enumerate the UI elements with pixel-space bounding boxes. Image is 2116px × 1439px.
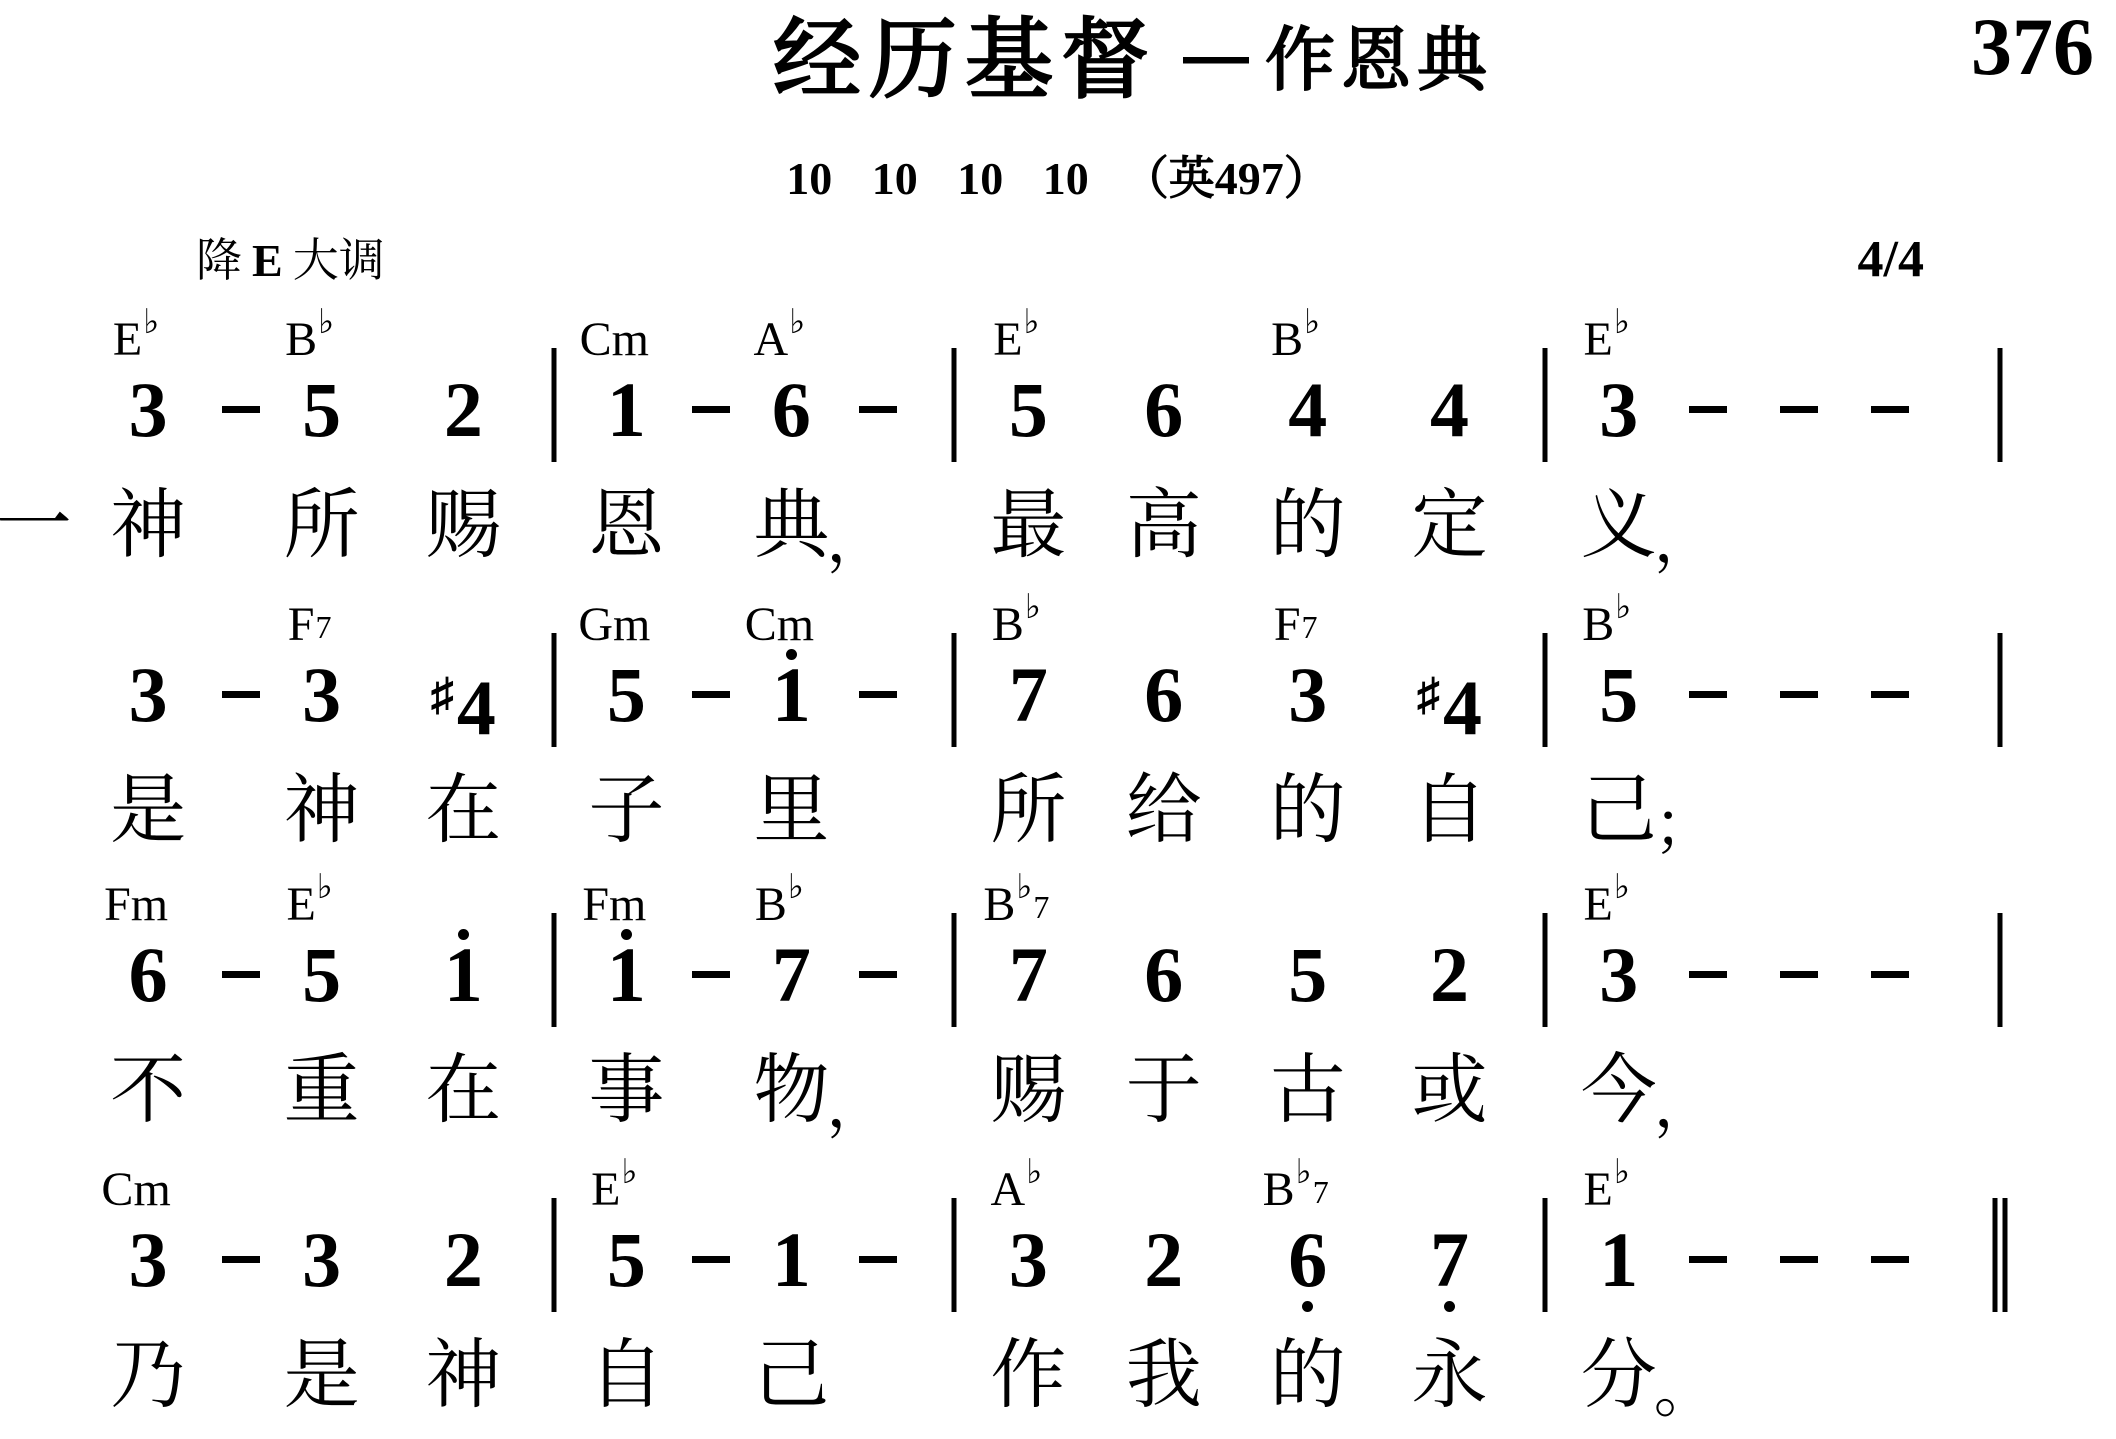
chord-root: E [993, 313, 1022, 366]
chord-root: Cm [580, 313, 649, 366]
chord-symbol: A♭ [991, 1156, 1043, 1214]
lyric-syllable: 自 [1411, 761, 1487, 861]
lyric-syllable: 的 [1270, 476, 1346, 576]
note-digit: ♯4 [1417, 649, 1482, 741]
chord-symbol: E♭ [591, 1156, 637, 1214]
title-row: 经历基督—作恩典 [0, 12, 2116, 109]
duration-dash [859, 971, 897, 978]
chord-root: A [991, 1163, 1026, 1216]
duration-dash [222, 1256, 260, 1263]
lyric-syllable: 里 [753, 761, 829, 861]
chord-symbol: E♭ [1584, 306, 1630, 364]
chord-seventh: 7 [1313, 1174, 1329, 1210]
chord-symbol: Cm [580, 316, 649, 364]
chord-root: E [286, 878, 315, 931]
verse-number: 一 [0, 476, 72, 576]
note-digit: 3 [1599, 929, 1638, 1021]
duration-dash [692, 971, 730, 978]
note-digit: 4 [1430, 364, 1469, 456]
octave-dot-low [1302, 1301, 1313, 1312]
lyric-row: 一神所赐恩典，最高的定义， [0, 476, 2116, 576]
lyric-syllable: 乃 [110, 1326, 186, 1426]
duration-dash [1871, 1256, 1909, 1263]
note-digit: 6 [772, 364, 811, 456]
key-prefix: 降 [196, 235, 242, 286]
barline [552, 633, 557, 747]
chord-root: F [288, 598, 315, 651]
barline [952, 633, 957, 747]
lyric-syllable: 子 [588, 761, 664, 861]
chord-symbol: Cm [101, 1166, 170, 1214]
note-digit: 7 [1009, 929, 1048, 1021]
chord-symbol: B♭ [1271, 306, 1320, 364]
flat-icon: ♭ [621, 1154, 637, 1191]
flat-icon: ♭ [1615, 589, 1631, 626]
note-digit: 3 [129, 1214, 168, 1306]
sharp-icon: ♯ [1417, 669, 1440, 720]
lyric-syllable: 赐 [425, 476, 501, 576]
flat-icon: ♭ [1614, 869, 1630, 906]
note-digit: 7 [1009, 649, 1048, 741]
hymn-sheet-page: 376 经历基督—作恩典 10 10 10 10（英497） 降E大调 4/4 … [0, 0, 2116, 1439]
note-digit: 2 [1144, 1214, 1183, 1306]
duration-dash [692, 406, 730, 413]
flat-icon: ♭ [1614, 304, 1630, 341]
lyric-punctuation: ， [826, 1075, 888, 1137]
flat-icon: ♭ [1304, 304, 1320, 341]
flat-icon: ♭ [789, 304, 805, 341]
barline [1542, 633, 1547, 747]
barline [552, 348, 557, 462]
lyric-punctuation: 。 [1654, 1360, 1716, 1422]
chord-root: Fm [104, 878, 168, 931]
chord-symbol: B♭ [992, 591, 1041, 649]
duration-dash [222, 406, 260, 413]
duration-dash [859, 1256, 897, 1263]
meter-reference: （英497） [1123, 153, 1330, 204]
music-system: FmE♭FmB♭B♭7E♭6511776523不重在事物，赐于古或今， [0, 865, 2116, 1141]
chord-symbol: E♭ [113, 306, 159, 364]
note-digit: 6 [129, 929, 168, 1021]
chord-symbol: E♭ [1584, 1156, 1630, 1214]
lyric-syllable: 我 [1126, 1326, 1202, 1426]
duration-dash [1871, 406, 1909, 413]
flat-icon: ♭ [788, 869, 804, 906]
chord-symbol: F7 [288, 601, 332, 649]
lyric-syllable: 的 [1270, 1326, 1346, 1426]
sharp-icon: ♯ [431, 669, 454, 720]
note-digit: 1 [1599, 1214, 1638, 1306]
duration-dash [1780, 971, 1818, 978]
flat-icon: ♭ [1296, 1154, 1312, 1191]
note-digit: 1 [607, 929, 646, 1021]
note-digit: ♯4 [431, 649, 496, 741]
lyric-syllable: 义， [1581, 476, 1657, 576]
lyric-syllable: 事 [588, 1041, 664, 1141]
chord-root: Gm [578, 598, 650, 651]
note-digit: 6 [1144, 649, 1183, 741]
chord-root: E [591, 1163, 620, 1216]
note-digit: 3 [1599, 364, 1638, 456]
chord-root: Cm [745, 598, 814, 651]
lyric-row: 乃是神自己作我的永分。 [0, 1326, 2116, 1426]
note-digit: 5 [607, 1214, 646, 1306]
lyric-syllable: 在 [425, 761, 501, 861]
hymn-title: 经历基督 [773, 10, 1157, 109]
lyric-syllable: 是 [110, 761, 186, 861]
music-system: F7GmCmB♭F7B♭33♯451763♯45是神在子里所给的自己； [0, 585, 2116, 861]
duration-dash [1780, 1256, 1818, 1263]
chord-root: F [1274, 598, 1301, 651]
chord-symbol: E♭ [1584, 871, 1630, 929]
lyric-syllable: 恩 [588, 476, 664, 576]
lyric-row: 是神在子里所给的自己； [0, 761, 2116, 861]
lyric-syllable: 定 [1411, 476, 1487, 576]
chord-symbol: Gm [578, 601, 650, 649]
duration-dash [1780, 691, 1818, 698]
title-dash: — [1183, 18, 1249, 92]
lyric-syllable: 分。 [1581, 1326, 1657, 1426]
chord-symbol: B♭7 [1263, 1156, 1329, 1214]
flat-icon: ♭ [143, 304, 159, 341]
music-system: E♭B♭CmA♭E♭B♭E♭3521656443一神所赐恩典，最高的定义， [0, 300, 2116, 576]
note-digit: 4 [1288, 364, 1327, 456]
chord-symbol: Fm [104, 881, 168, 929]
meter-counts: 10 10 10 10 [786, 153, 1089, 204]
chord-symbol: B♭ [755, 871, 804, 929]
duration-dash [1871, 971, 1909, 978]
note-digit: 2 [1430, 929, 1469, 1021]
duration-dash [692, 1256, 730, 1263]
duration-dash [1689, 1256, 1727, 1263]
chord-root: E [1584, 313, 1613, 366]
chord-symbol: A♭ [754, 306, 806, 364]
duration-dash [859, 406, 897, 413]
chord-seventh: 7 [1033, 889, 1049, 925]
note-digit: 3 [1288, 649, 1327, 741]
note-row: 33♯451763♯45 [0, 649, 2116, 741]
lyric-syllable: 作 [990, 1326, 1066, 1426]
chord-root: B [992, 598, 1024, 651]
duration-dash [859, 691, 897, 698]
barline [1542, 913, 1547, 1027]
note-digit: 5 [1288, 929, 1327, 1021]
chord-root: E [1584, 1163, 1613, 1216]
chord-root: E [1584, 878, 1613, 931]
flat-icon: ♭ [1016, 869, 1032, 906]
lyric-syllable: 最 [990, 476, 1066, 576]
lyric-punctuation: ， [1654, 510, 1716, 572]
lyric-syllable: 所 [284, 476, 360, 576]
flat-icon: ♭ [318, 304, 334, 341]
octave-dot-low [1444, 1301, 1455, 1312]
barline [1542, 348, 1547, 462]
barline [1542, 1198, 1547, 1312]
lyric-syllable: 给 [1126, 761, 1202, 861]
chord-symbol: B♭ [285, 306, 334, 364]
lyric-syllable: 不 [110, 1041, 186, 1141]
chord-root: B [1271, 313, 1303, 366]
note-digit: 6 [1144, 929, 1183, 1021]
note-digit: 1 [607, 364, 646, 456]
note-digit: 3 [129, 364, 168, 456]
lyric-syllable: 典， [753, 476, 829, 576]
chord-root: B [755, 878, 787, 931]
octave-dot-high [621, 929, 632, 940]
note-digit: 6 [1288, 1214, 1327, 1306]
lyric-syllable: 神 [110, 476, 186, 576]
note-digit: 2 [444, 1214, 483, 1306]
lyric-syllable: 的 [1270, 761, 1346, 861]
chord-symbol: E♭ [993, 306, 1039, 364]
key-letter: E [252, 235, 283, 286]
lyric-syllable: 神 [425, 1326, 501, 1426]
lyric-syllable: 高 [1126, 476, 1202, 576]
lyric-syllable: 古 [1270, 1041, 1346, 1141]
note-digit: 5 [607, 649, 646, 741]
meter-line: 10 10 10 10（英497） [0, 156, 2116, 202]
note-digit: 7 [772, 929, 811, 1021]
note-digit: 3 [302, 649, 341, 741]
lyric-syllable: 或 [1411, 1041, 1487, 1141]
duration-dash [1689, 971, 1727, 978]
lyric-syllable: 在 [425, 1041, 501, 1141]
chord-symbol: E♭ [286, 871, 332, 929]
octave-dot-high [786, 649, 797, 660]
chord-root: B [1582, 598, 1614, 651]
barline [1997, 633, 2002, 747]
lyric-syllable: 神 [284, 761, 360, 861]
duration-dash [1689, 406, 1727, 413]
chord-symbol: B♭ [1582, 591, 1631, 649]
chord-root: Cm [101, 1163, 170, 1216]
lyric-syllable: 赐 [990, 1041, 1066, 1141]
lyric-syllable: 永 [1411, 1326, 1487, 1426]
note-row: 3521656443 [0, 364, 2116, 456]
chord-row: E♭B♭CmA♭E♭B♭E♭ [0, 300, 2116, 364]
barline [952, 913, 957, 1027]
chord-row: F7GmCmB♭F7B♭ [0, 585, 2116, 649]
duration-dash [222, 971, 260, 978]
lyric-syllable: 所 [990, 761, 1066, 861]
lyric-punctuation: ， [1654, 1075, 1716, 1137]
time-signature: 4/4 [1858, 234, 1924, 286]
chord-root: E [113, 313, 142, 366]
note-digit: 3 [129, 649, 168, 741]
lyric-punctuation: ； [1654, 795, 1716, 857]
hymn-subtitle: 作恩典 [1265, 21, 1493, 99]
chord-root: A [754, 313, 789, 366]
note-digit: 1 [444, 929, 483, 1021]
lyric-syllable: 重 [284, 1041, 360, 1141]
note-digit: 5 [1599, 649, 1638, 741]
flat-icon: ♭ [1026, 1154, 1042, 1191]
note-digit: 1 [772, 1214, 811, 1306]
music-system: CmE♭A♭B♭7E♭3325132671乃是神自己作我的永分。 [0, 1150, 2116, 1426]
lyric-punctuation: ， [826, 510, 888, 572]
duration-dash [692, 691, 730, 698]
lyric-syllable: 自 [588, 1326, 664, 1426]
flat-icon: ♭ [1025, 589, 1041, 626]
note-digit: 1 [772, 649, 811, 741]
note-digit: 5 [302, 929, 341, 1021]
key-signature: 降E大调 [196, 238, 385, 284]
chord-root: B [285, 313, 317, 366]
lyric-syllable: 今， [1581, 1041, 1657, 1141]
note-digit: 2 [444, 364, 483, 456]
flat-icon: ♭ [1024, 304, 1040, 341]
chord-symbol: B♭7 [983, 871, 1049, 929]
lyric-syllable: 是 [284, 1326, 360, 1426]
key-suffix: 大调 [293, 235, 385, 286]
note-digit: 6 [1144, 364, 1183, 456]
barline [1997, 348, 2002, 462]
chord-row: CmE♭A♭B♭7E♭ [0, 1150, 2116, 1214]
chord-root: Fm [582, 878, 646, 931]
chord-root: B [1263, 1163, 1295, 1216]
lyric-row: 不重在事物，赐于古或今， [0, 1041, 2116, 1141]
chord-row: FmE♭FmB♭B♭7E♭ [0, 865, 2116, 929]
duration-dash [1871, 691, 1909, 698]
duration-dash [1689, 691, 1727, 698]
final-barline [1992, 1198, 2007, 1312]
lyric-syllable: 己； [1581, 761, 1657, 861]
note-row: 3325132671 [0, 1214, 2116, 1306]
duration-dash [222, 691, 260, 698]
note-row: 6511776523 [0, 929, 2116, 1021]
chord-seventh: 7 [315, 609, 331, 645]
note-digit: 3 [302, 1214, 341, 1306]
chord-symbol: Fm [582, 881, 646, 929]
lyric-syllable: 于 [1126, 1041, 1202, 1141]
note-digit: 5 [302, 364, 341, 456]
note-digit: 5 [1009, 364, 1048, 456]
chord-root: B [983, 878, 1015, 931]
lyric-syllable: 己 [753, 1326, 829, 1426]
barline [552, 913, 557, 1027]
chord-symbol: F7 [1274, 601, 1318, 649]
flat-icon: ♭ [317, 869, 333, 906]
duration-dash [1780, 406, 1818, 413]
chord-symbol: Cm [745, 601, 814, 649]
lyric-syllable: 物， [753, 1041, 829, 1141]
flat-icon: ♭ [1614, 1154, 1630, 1191]
octave-dot-high [458, 929, 469, 940]
chord-seventh: 7 [1302, 609, 1318, 645]
barline [952, 1198, 957, 1312]
barline [1997, 913, 2002, 1027]
barline [552, 1198, 557, 1312]
note-digit: 7 [1430, 1214, 1469, 1306]
note-digit: 3 [1009, 1214, 1048, 1306]
barline [952, 348, 957, 462]
